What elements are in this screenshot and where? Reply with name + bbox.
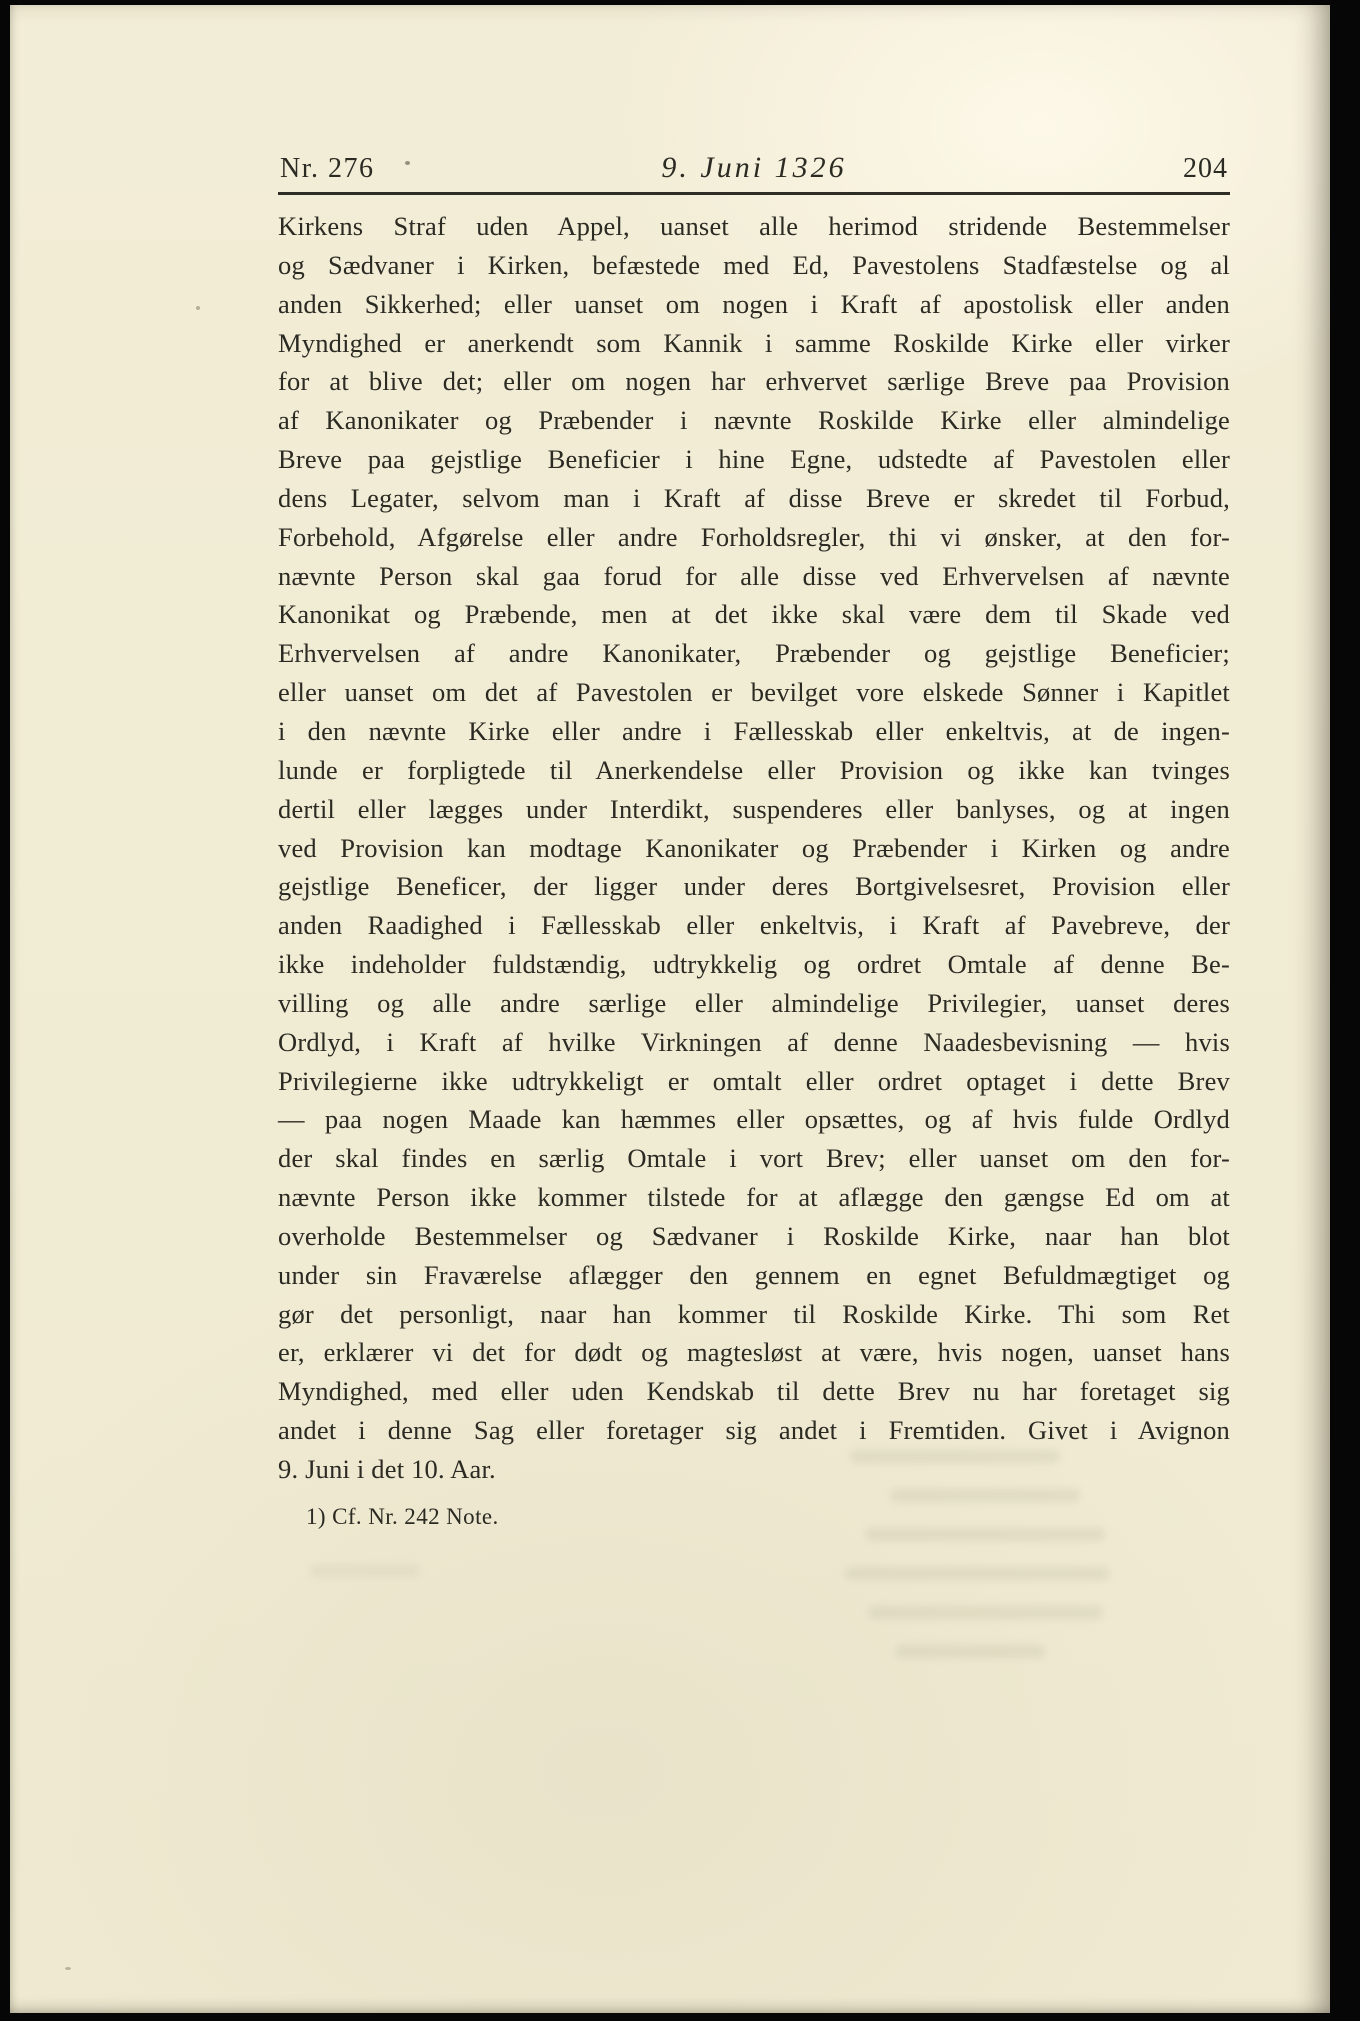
text-line: 9. Juni i det 10. Aar. — [278, 1450, 1230, 1489]
text-line: Privilegierne ikke udtrykkeligt er omtal… — [278, 1062, 1230, 1101]
bleedthrough-mark — [845, 1567, 1110, 1580]
text-line: andet i denne Sag eller foretager sig an… — [278, 1411, 1230, 1450]
footnote: 1) Cf. Nr. 242 Note. — [306, 1504, 1230, 1530]
text-line: nævnte Person ikke kommer tilstede for a… — [278, 1178, 1230, 1217]
text-line: der skal findes en særlig Omtale i vort … — [278, 1139, 1230, 1178]
text-line: Forbehold, Afgørelse eller andre Forhold… — [278, 518, 1230, 557]
bleedthrough-mark — [868, 1606, 1103, 1619]
text-line: gejstlige Beneficer, der ligger under de… — [278, 867, 1230, 906]
page-number: 204 — [1183, 153, 1228, 185]
text-line: for at blive det; eller om nogen har erh… — [278, 362, 1230, 401]
text-block: Nr. 276 9. Juni 1326 204 Kirkens Straf u… — [278, 147, 1230, 1530]
bleedthrough-mark — [310, 1565, 420, 1577]
text-line: lunde er forpligtede til Anerkendelse el… — [278, 751, 1230, 790]
text-line: er, erklærer vi det for dødt og magteslø… — [278, 1333, 1230, 1372]
document-date: 9. Juni 1326 — [278, 151, 1230, 185]
text-line: i den nævnte Kirke eller andre i Fælless… — [278, 712, 1230, 751]
text-line: overholde Bestemmelser og Sædvaner i Ros… — [278, 1217, 1230, 1256]
text-line: eller uanset om det af Pavestolen er bev… — [278, 673, 1230, 712]
text-line: nævnte Person skal gaa forud for alle di… — [278, 557, 1230, 596]
text-line: Myndighed, med eller uden Kendskab til d… — [278, 1372, 1230, 1411]
body-text: Kirkens Straf uden Appel, uanset alle he… — [278, 207, 1230, 1489]
text-line: — paa nogen Maade kan hæmmes eller opsæt… — [278, 1100, 1230, 1139]
text-line: dertil eller lægges under Interdikt, sus… — [278, 790, 1230, 829]
text-line: Erhvervelsen af andre Kanonikater, Præbe… — [278, 634, 1230, 673]
bleedthrough-mark — [850, 1450, 1060, 1463]
text-line: og Sædvaner i Kirken, befæstede med Ed, … — [278, 246, 1230, 285]
bleedthrough-mark — [865, 1528, 1105, 1541]
text-line: anden Sikkerhed; eller uanset om nogen i… — [278, 285, 1230, 324]
text-line: Kanonikat og Præbende, men at det ikke s… — [278, 595, 1230, 634]
text-line: dens Legater, selvom man i Kraft af diss… — [278, 479, 1230, 518]
paper-speck — [196, 306, 200, 310]
bleedthrough-mark — [895, 1645, 1045, 1658]
page-header: Nr. 276 9. Juni 1326 204 — [278, 147, 1230, 195]
text-line: under sin Fraværelse aflægger den gennem… — [278, 1256, 1230, 1295]
bleedthrough-mark — [890, 1489, 1080, 1502]
text-line: ved Provision kan modtage Kanonikater og… — [278, 829, 1230, 868]
text-line: anden Raadighed i Fællesskab eller enkel… — [278, 906, 1230, 945]
text-line: af Kanonikater og Præbender i nævnte Ros… — [278, 401, 1230, 440]
paper-speck — [65, 1967, 71, 1970]
text-line: Ordlyd, i Kraft af hvilke Virkningen af … — [278, 1023, 1230, 1062]
text-line: Myndighed er anerkendt som Kannik i samm… — [278, 324, 1230, 363]
text-line: Breve paa gejstlige Beneficier i hine Eg… — [278, 440, 1230, 479]
scanned-book-page: Nr. 276 9. Juni 1326 204 Kirkens Straf u… — [10, 5, 1330, 2013]
text-line: ikke indeholder fuldstændig, udtrykkelig… — [278, 945, 1230, 984]
text-line: gør det personligt, naar han kommer til … — [278, 1295, 1230, 1334]
text-line: villing og alle andre særlige eller almi… — [278, 984, 1230, 1023]
text-line: Kirkens Straf uden Appel, uanset alle he… — [278, 207, 1230, 246]
paper-speck — [405, 161, 410, 165]
